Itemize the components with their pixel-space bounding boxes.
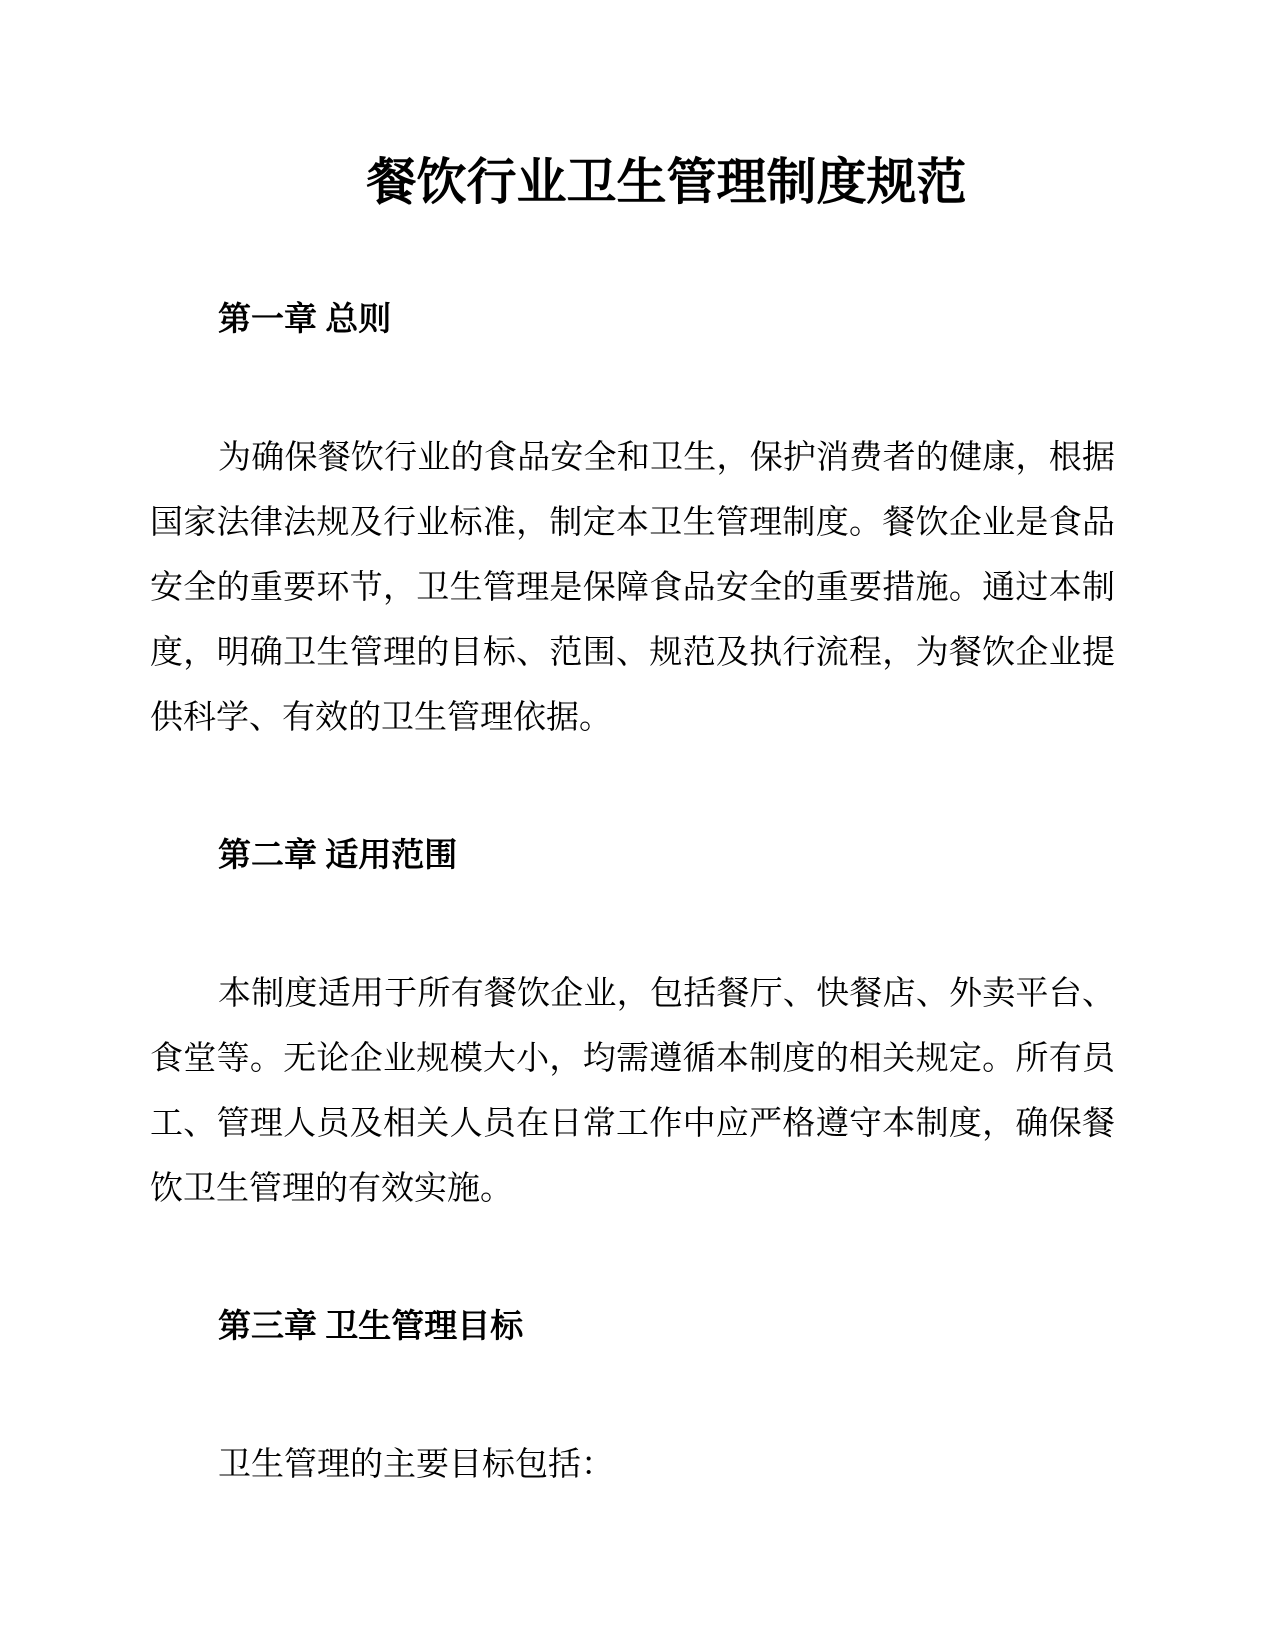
document-title: 餐饮行业卫生管理制度规范	[150, 150, 1115, 215]
text-line: 供科学、有效的卫生管理依据。	[150, 686, 1115, 751]
text-line: 国家法律法规及行业标准，制定本卫生管理制度。餐饮企业是食品	[150, 491, 1115, 556]
text-line: 食堂等。无论企业规模大小，均需遵循本制度的相关规定。所有员	[150, 1027, 1115, 1092]
text-line: 卫生管理的主要目标包括：	[150, 1433, 1115, 1498]
text-line: 安全的重要环节，卫生管理是保障食品安全的重要措施。通过本制	[150, 556, 1115, 621]
chapter-3-heading: 第三章 卫生管理目标	[150, 1295, 1115, 1360]
chapter-1-paragraph: 为确保餐饮行业的食品安全和卫生，保护消费者的健康，根据 国家法律法规及行业标准，…	[150, 426, 1115, 751]
text-line: 工、管理人员及相关人员在日常工作中应严格遵守本制度，确保餐	[150, 1092, 1115, 1157]
text-line: 为确保餐饮行业的食品安全和卫生，保护消费者的健康，根据	[150, 426, 1115, 491]
chapter-3-paragraph: 卫生管理的主要目标包括：	[150, 1433, 1115, 1498]
chapter-1-heading: 第一章 总则	[150, 288, 1115, 353]
text-line: 本制度适用于所有餐饮企业，包括餐厅、快餐店、外卖平台、	[150, 962, 1115, 1027]
chapter-2-heading: 第二章 适用范围	[150, 824, 1115, 889]
chapter-2-paragraph: 本制度适用于所有餐饮企业，包括餐厅、快餐店、外卖平台、 食堂等。无论企业规模大小…	[150, 962, 1115, 1222]
text-line: 度，明确卫生管理的目标、范围、规范及执行流程，为餐饮企业提	[150, 621, 1115, 686]
text-line: 饮卫生管理的有效实施。	[150, 1157, 1115, 1222]
document-page: 餐饮行业卫生管理制度规范 第一章 总则 为确保餐饮行业的食品安全和卫生，保护消费…	[0, 0, 1275, 1650]
